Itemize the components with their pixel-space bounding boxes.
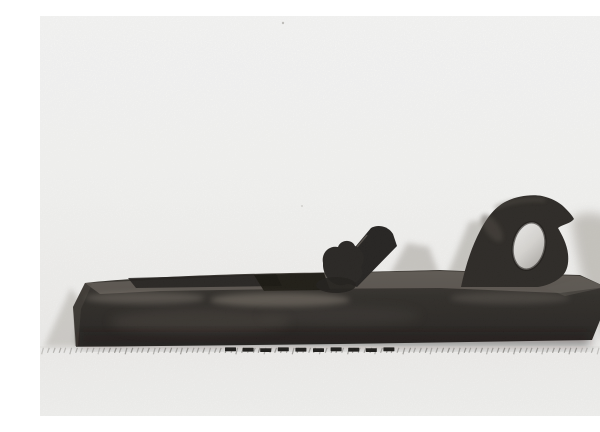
photo-grain xyxy=(40,16,600,416)
artefact-photograph xyxy=(40,16,600,416)
